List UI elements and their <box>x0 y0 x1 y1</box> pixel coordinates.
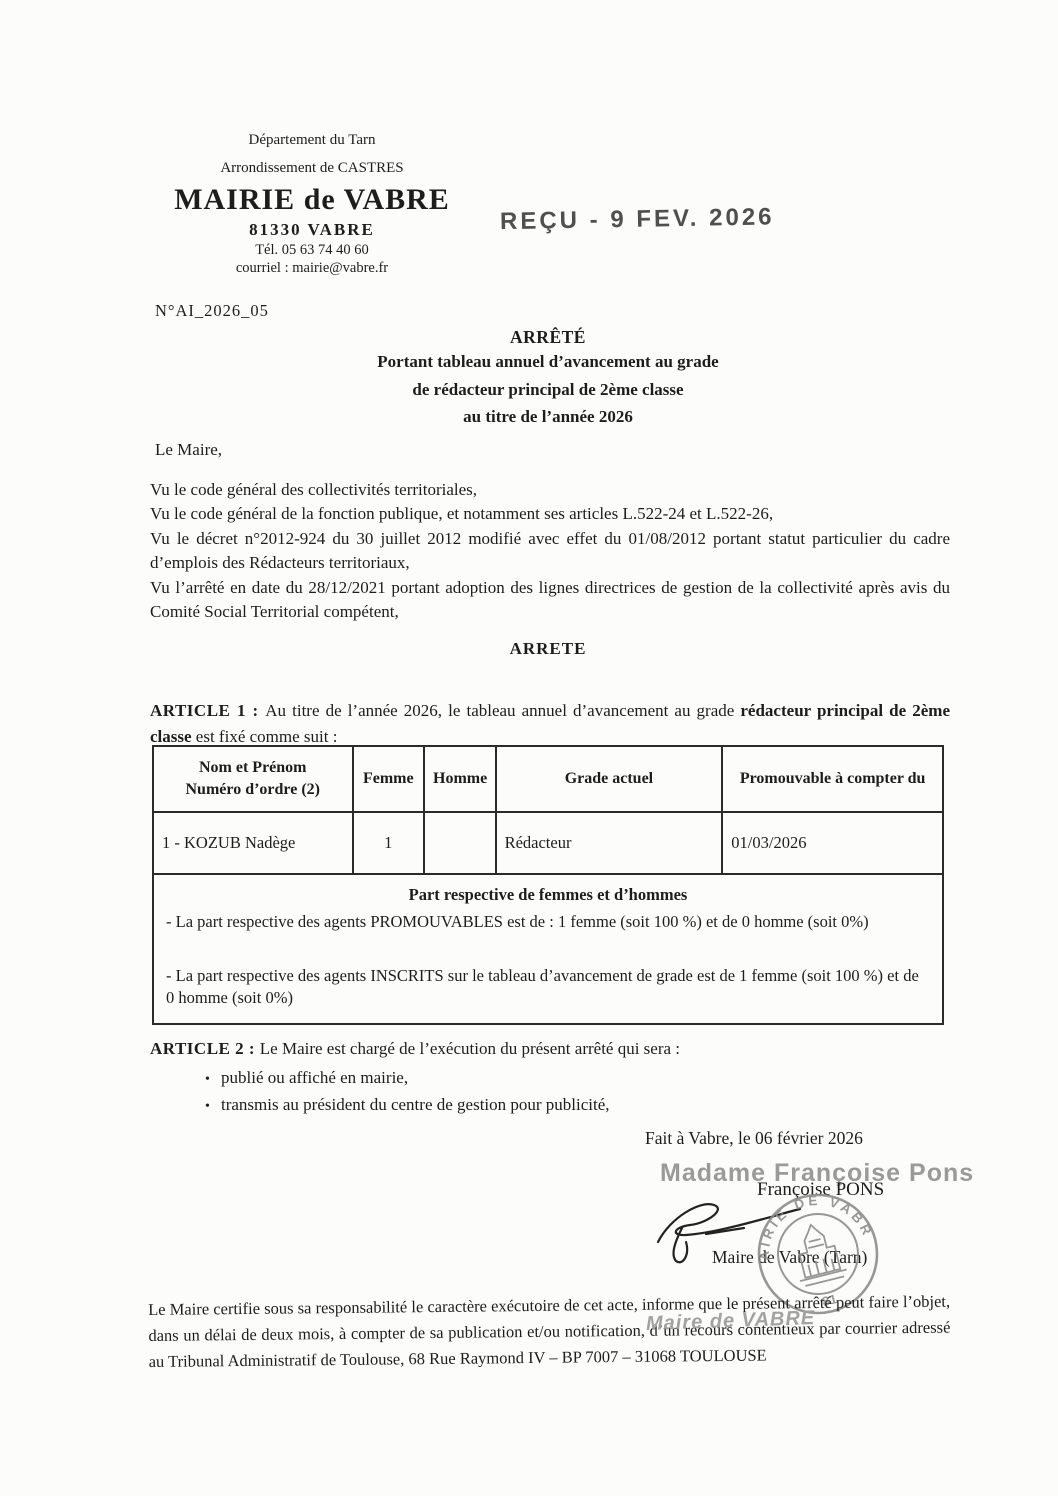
recital-3: Vu le décret n°2012-924 du 30 juillet 20… <box>150 527 950 576</box>
parity-summary-cell: Part respective de femmes et d’hommes - … <box>153 874 943 1024</box>
seal-emblem-icon <box>787 1219 848 1287</box>
article-1-text: Au titre de l’année 2026, le tableau ann… <box>265 701 740 720</box>
article-2-bullets: •publié ou affiché en mairie, •transmis … <box>150 1065 950 1119</box>
title-subtitle-1: Portant tableau annuel d’avancement au g… <box>150 348 946 376</box>
article-1: ARTICLE 1 : Au titre de l’année 2026, le… <box>150 698 950 750</box>
table-header-row: Nom et Prénom Numéro d’ordre (2) Femme H… <box>153 746 943 812</box>
recital-2: Vu le code général de la fonction publiq… <box>150 502 950 526</box>
col-header-promouvable: Promouvable à compter du <box>722 746 943 812</box>
article-2: ARTICLE 2 : Le Maire est chargé de l’exé… <box>150 1036 950 1119</box>
cell-nom: 1 - KOZUB Nadège <box>153 812 353 874</box>
place-and-date: Fait à Vabre, le 06 février 2026 <box>645 1128 863 1149</box>
recitals: Vu le code général des collectivités ter… <box>150 478 950 624</box>
department-line: Département du Tarn <box>156 132 468 149</box>
col-header-femme: Femme <box>353 746 425 812</box>
col-header-grade: Grade actuel <box>496 746 723 812</box>
phone-line: Tél. 05 63 74 40 60 <box>156 242 468 259</box>
title-block: ARRÊTÉ Portant tableau annuel d’avanceme… <box>150 327 946 431</box>
bullet-icon: • <box>205 1094 221 1119</box>
mairie-name: MAIRIE de VABRE <box>156 183 468 217</box>
article-1-label: ARTICLE 1 : <box>150 701 265 720</box>
executory-notice: Le Maire certifie sous sa responsabilité… <box>148 1288 951 1374</box>
parity-line-promouvables: - La part respective des agents PROMOUVA… <box>166 911 930 933</box>
bullet-item: •publié ou affiché en mairie, <box>205 1065 950 1092</box>
arrondissement-line: Arrondissement de CASTRES <box>156 160 468 177</box>
cell-grade: Rédacteur <box>496 812 723 874</box>
letterhead: Département du Tarn Arrondissement de CA… <box>156 132 468 277</box>
salutation: Le Maire, <box>155 440 222 460</box>
document-title: ARRÊTÉ <box>150 327 946 348</box>
col-header-homme: Homme <box>424 746 496 812</box>
postal-line: 81330 VABRE <box>156 220 468 240</box>
table-row: 1 - KOZUB Nadège 1 Rédacteur 01/03/2026 <box>153 812 943 874</box>
cell-femme: 1 <box>353 812 425 874</box>
article-2-text: Le Maire est chargé de l’exécution du pr… <box>260 1039 680 1058</box>
parity-heading: Part respective de femmes et d’hommes <box>166 885 930 905</box>
email-line: courriel : mairie@vabre.fr <box>156 260 468 277</box>
col-header-nom: Nom et Prénom Numéro d’ordre (2) <box>153 746 353 812</box>
cell-homme <box>424 812 496 874</box>
parity-line-inscrits: - La part respective des agents INSCRITS… <box>166 965 930 1009</box>
advancement-table: Nom et Prénom Numéro d’ordre (2) Femme H… <box>152 745 944 1025</box>
recital-1: Vu le code général des collectivités ter… <box>150 478 950 502</box>
article-2-label: ARTICLE 2 : <box>150 1039 260 1058</box>
title-subtitle-3: au titre de l’année 2026 <box>150 403 946 431</box>
cell-promouvable: 01/03/2026 <box>722 812 943 874</box>
bullet-item: •transmis au président du centre de gest… <box>205 1092 950 1119</box>
article-1-text-end: est fixé comme suit : <box>192 727 338 746</box>
arrete-heading: ARRETE <box>150 639 946 659</box>
table-summary-row: Part respective de femmes et d’hommes - … <box>153 874 943 1024</box>
recital-4: Vu l’arrêté en date du 28/12/2021 portan… <box>150 576 950 625</box>
received-date-stamp: REÇU - 9 FEV. 2026 <box>500 204 750 236</box>
reference-number: N°AI_2026_05 <box>155 301 269 321</box>
bullet-icon: • <box>205 1067 221 1092</box>
title-subtitle-2: de rédacteur principal de 2ème classe <box>150 376 946 404</box>
